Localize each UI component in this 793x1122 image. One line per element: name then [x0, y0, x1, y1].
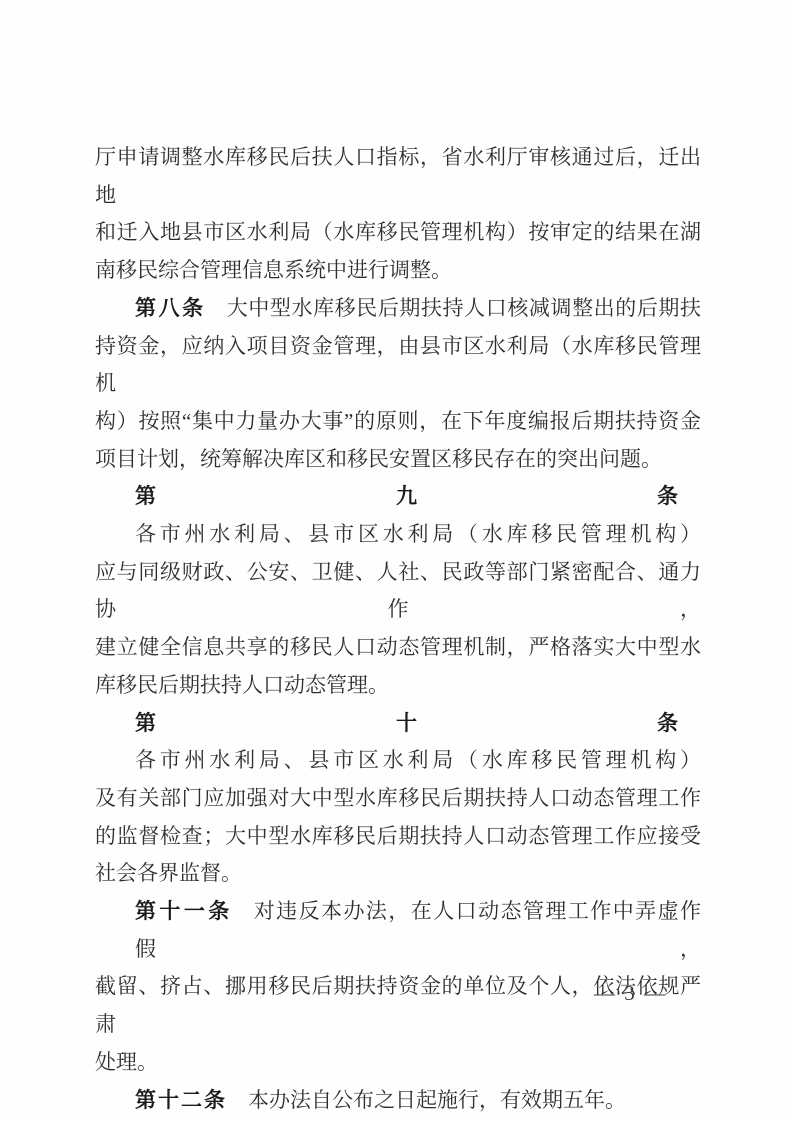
text-line: 社会各界监督。	[95, 855, 701, 893]
article-10-term: 第十条	[135, 711, 680, 735]
paragraph-continuation: 厅申请调整水库移民后扶人口指标，省水利厅审核通过后，迁出地 和迁入地县市区水利局…	[95, 139, 701, 290]
text-line: 应与同级财政、公安、卫健、人社、民政等部门紧密配合、通力协作，	[95, 554, 701, 629]
paragraph-article-8: 第八条大中型水库移民后期扶持人口核减调整出的后期扶 持资金，应纳入项目资金管理，…	[95, 290, 701, 479]
article-8-term: 第八条	[135, 296, 206, 320]
text-line: 第十二条本办法自公布之日起施行，有效期五年。	[95, 1082, 701, 1120]
text-line: 持资金，应纳入项目资金管理，由县市区水利局（水库移民管理机	[95, 328, 701, 403]
article-10-first-line: 各市州水利局、县市区水利局（水库移民管理机构）	[135, 748, 701, 772]
paragraph-article-9: 第九条各市州水利局、县市区水利局（水库移民管理机构） 应与同级财政、公安、卫健、…	[95, 478, 701, 704]
text-line: 第八条大中型水库移民后期扶持人口核减调整出的后期扶	[95, 290, 701, 328]
text-line: 第十一条对违反本办法，在人口动态管理工作中弄虚作假，	[95, 893, 701, 968]
document-body: 厅申请调整水库移民后扶人口指标，省水利厅审核通过后，迁出地 和迁入地县市区水利局…	[95, 139, 701, 1119]
paragraph-article-12: 第十二条本办法自公布之日起施行，有效期五年。	[95, 1082, 701, 1120]
document-page: 厅申请调整水库移民后扶人口指标，省水利厅审核通过后，迁出地 和迁入地县市区水利局…	[0, 0, 793, 1122]
article-8-first-line: 大中型水库移民后期扶持人口核减调整出的后期扶	[227, 296, 701, 320]
text-line: 项目计划，统筹解决库区和移民安置区移民存在的突出问题。	[95, 441, 701, 479]
text-line: 及有关部门应加强对大中型水库移民后期扶持人口动态管理工作	[95, 780, 701, 818]
article-9-term: 第九条	[135, 484, 680, 508]
text-line: 第九条各市州水利局、县市区水利局（水库移民管理机构）	[95, 478, 701, 553]
text-line: 截留、挤占、挪用移民后期扶持资金的单位及个人，依法依规严肃	[95, 968, 701, 1043]
article-11-term: 第十一条	[135, 899, 233, 923]
text-line: 和迁入地县市区水利局（水库移民管理机构）按审定的结果在湖	[95, 214, 701, 252]
text-line: 处理。	[95, 1044, 701, 1082]
article-12-term: 第十二条	[135, 1088, 227, 1112]
text-line: 建立健全信息共享的移民人口动态管理机制，严格落实大中型水	[95, 629, 701, 667]
text-line: 库移民后期扶持人口动态管理。	[95, 667, 701, 705]
text-line: 的监督检查；大中型水库移民后期扶持人口动态管理工作应接受	[95, 818, 701, 856]
article-9-first-line: 各市州水利局、县市区水利局（水库移民管理机构）	[135, 522, 701, 546]
text-line: 第十条各市州水利局、县市区水利局（水库移民管理机构）	[95, 705, 701, 780]
text-line: 厅申请调整水库移民后扶人口指标，省水利厅审核通过后，迁出地	[95, 139, 701, 214]
article-12-first-line: 本办法自公布之日起施行，有效期五年。	[248, 1088, 626, 1112]
text-line: 南移民综合管理信息系统中进行调整。	[95, 252, 701, 290]
text-line: 构）按照“集中力量办大事”的原则，在下年度编报后期扶持资金	[95, 403, 701, 441]
paragraph-article-10: 第十条各市州水利局、县市区水利局（水库移民管理机构） 及有关部门应加强对大中型水…	[95, 705, 701, 894]
page-number: — 3 —	[594, 981, 674, 1006]
